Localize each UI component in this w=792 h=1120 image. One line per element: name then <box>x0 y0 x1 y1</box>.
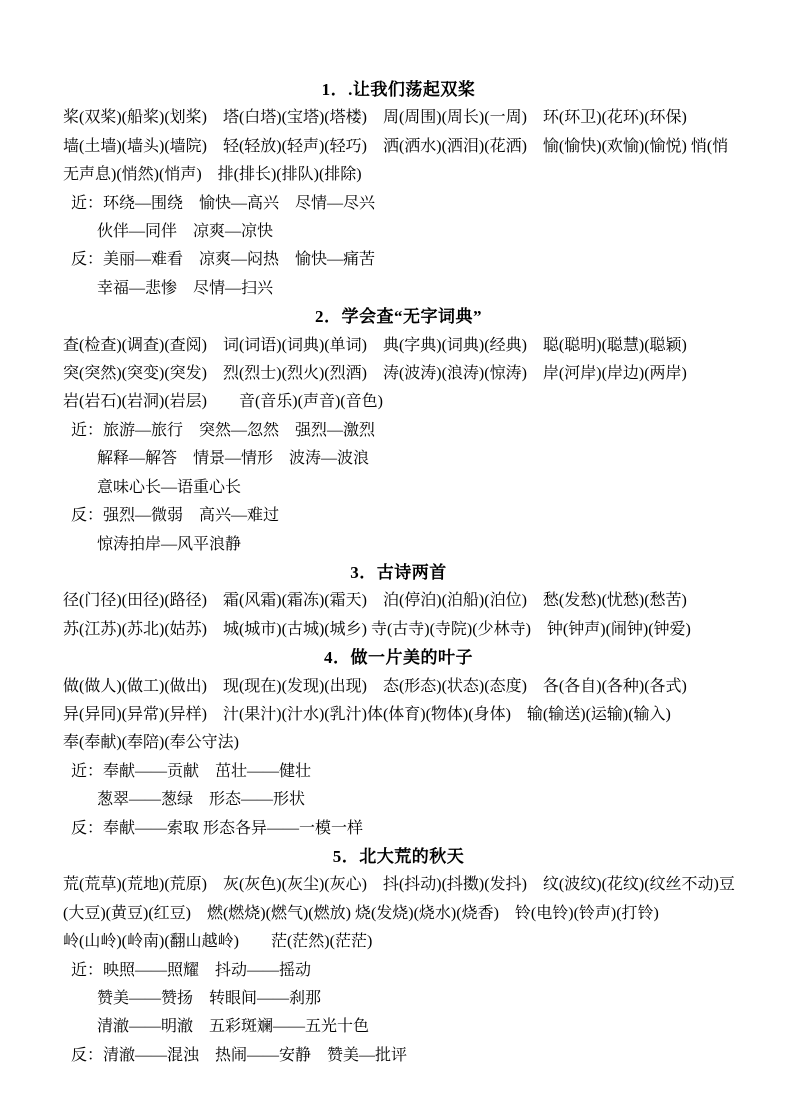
synonym-line: 葱翠——葱绿 形态——形状 <box>63 786 734 814</box>
word-line: 桨(双桨)(船桨)(划桨) 塔(白塔)(宝塔)(塔楼) 周(周围)(周长)(一周… <box>63 104 734 132</box>
word-line: 岩(岩石)(岩洞)(岩层) 音(音乐)(声音)(音色) <box>63 388 734 416</box>
section-title: 2．学会查“无字词典” <box>63 303 734 331</box>
note-label: 反： <box>71 820 103 837</box>
word-line: 查(检查)(调查)(查阅) 词(词语)(词典)(单词) 典(字典)(词典)(经典… <box>63 332 734 360</box>
antonym-line: 惊涛拍岸—风平浪静 <box>63 531 734 559</box>
note-label: 近： <box>71 763 103 780</box>
synonym-line: 近：环绕—围绕 愉快—高兴 尽情—尽兴 <box>63 190 734 218</box>
antonym-line: 反：美丽—难看 凉爽—闷热 愉快—痛苦 <box>63 246 734 274</box>
section-title: 1．.让我们荡起双桨 <box>63 76 734 104</box>
word-line: 异(异同)(异常)(异样) 汁(果汁)(汁水)(乳汁)体(体育)(物体)(身体)… <box>63 701 734 729</box>
antonym-line: 幸福—悲惨 尽情—扫兴 <box>63 275 734 303</box>
synonym-line: 近：旅游—旅行 突然—忽然 强烈—激烈 <box>63 417 734 445</box>
note-text: 奉献——贡献 茁壮——健壮 <box>103 763 311 780</box>
antonym-line: 反：强烈—微弱 高兴—难过 <box>63 502 734 530</box>
synonym-line: 伙伴—同伴 凉爽—凉快 <box>63 218 734 246</box>
note-text: 旅游—旅行 突然—忽然 强烈—激烈 <box>103 422 375 439</box>
synonym-line: 赞美——赞扬 转眼间——刹那 <box>63 985 734 1013</box>
note-text: 解释—解答 情景—情形 波涛—波浪 <box>97 450 369 467</box>
word-line: (大豆)(黄豆)(红豆) 燃(燃烧)(燃气)(燃放) 烧(发烧)(烧水)(烧香)… <box>63 900 734 928</box>
word-line: 突(突然)(突变)(突发) 烈(烈士)(烈火)(烈酒) 涛(波涛)(浪涛)(惊涛… <box>63 360 734 388</box>
note-text: 伙伴—同伴 凉爽—凉快 <box>97 223 273 240</box>
synonym-line: 意味心长—语重心长 <box>63 474 734 502</box>
note-text: 美丽—难看 凉爽—闷热 愉快—痛苦 <box>103 251 375 268</box>
document-page: 1．.让我们荡起双桨 桨(双桨)(船桨)(划桨) 塔(白塔)(宝塔)(塔楼) 周… <box>0 0 792 1120</box>
note-text: 惊涛拍岸—风平浪静 <box>97 536 241 553</box>
note-label: 反： <box>71 1047 103 1064</box>
note-text: 幸福—悲惨 尽情—扫兴 <box>97 280 273 297</box>
note-label: 反： <box>71 507 103 524</box>
note-text: 映照——照耀 抖动——摇动 <box>103 962 311 979</box>
synonym-line: 近：映照——照耀 抖动——摇动 <box>63 957 734 985</box>
word-line: 墙(土墙)(墙头)(墙院) 轻(轻放)(轻声)(轻巧) 洒(洒水)(洒泪)(花洒… <box>63 133 734 161</box>
note-text: 环绕—围绕 愉快—高兴 尽情—尽兴 <box>103 195 375 212</box>
synonym-line: 清澈——明澈 五彩斑斓——五光十色 <box>63 1013 734 1041</box>
note-label: 近： <box>71 962 103 979</box>
word-line: 苏(江苏)(苏北)(姑苏) 城(城市)(古城)(城乡) 寺(古寺)(寺院)(少林… <box>63 616 734 644</box>
note-text: 强烈—微弱 高兴—难过 <box>103 507 279 524</box>
section-title: 5．北大荒的秋天 <box>63 843 734 871</box>
synonym-line: 近：奉献——贡献 茁壮——健壮 <box>63 758 734 786</box>
section-title: 4．做一片美的叶子 <box>63 644 734 672</box>
note-text: 葱翠——葱绿 形态——形状 <box>97 791 305 808</box>
word-line: 做(做人)(做工)(做出) 现(现在)(发现)(出现) 态(形态)(状态)(态度… <box>63 673 734 701</box>
section-lesson-2: 2．学会查“无字词典” 查(检查)(调查)(查阅) 词(词语)(词典)(单词) … <box>63 303 734 559</box>
section-lesson-4: 4．做一片美的叶子 做(做人)(做工)(做出) 现(现在)(发现)(出现) 态(… <box>63 644 734 843</box>
note-text: 意味心长—语重心长 <box>97 479 241 496</box>
word-line: 奉(奉献)(奉陪)(奉公守法) <box>63 729 734 757</box>
section-lesson-5: 5．北大荒的秋天 荒(荒草)(荒地)(荒原) 灰(灰色)(灰尘)(灰心) 抖(抖… <box>63 843 734 1070</box>
note-text: 赞美——赞扬 转眼间——刹那 <box>97 990 321 1007</box>
note-label: 近： <box>71 195 103 212</box>
synonym-line: 解释—解答 情景—情形 波涛—波浪 <box>63 445 734 473</box>
note-label: 反： <box>71 251 103 268</box>
section-lesson-3: 3．古诗两首 径(门径)(田径)(路径) 霜(风霜)(霜冻)(霜天) 泊(停泊)… <box>63 559 734 644</box>
note-label: 近： <box>71 422 103 439</box>
section-title: 3．古诗两首 <box>63 559 734 587</box>
word-line: 荒(荒草)(荒地)(荒原) 灰(灰色)(灰尘)(灰心) 抖(抖动)(抖擞)(发抖… <box>63 871 734 899</box>
section-lesson-1: 1．.让我们荡起双桨 桨(双桨)(船桨)(划桨) 塔(白塔)(宝塔)(塔楼) 周… <box>63 76 734 303</box>
note-text: 奉献——索取 形态各异——一模一样 <box>103 820 363 837</box>
word-line: 无声息)(悄然)(悄声) 排(排长)(排队)(排除) <box>63 161 734 189</box>
word-line: 岭(山岭)(岭南)(翻山越岭) 茫(茫然)(茫茫) <box>63 928 734 956</box>
note-text: 清澈——明澈 五彩斑斓——五光十色 <box>97 1018 369 1035</box>
word-line: 径(门径)(田径)(路径) 霜(风霜)(霜冻)(霜天) 泊(停泊)(泊船)(泊位… <box>63 587 734 615</box>
antonym-line: 反：奉献——索取 形态各异——一模一样 <box>63 815 734 843</box>
antonym-line: 反：清澈——混浊 热闹——安静 赞美—批评 <box>63 1042 734 1070</box>
note-text: 清澈——混浊 热闹——安静 赞美—批评 <box>103 1047 407 1064</box>
